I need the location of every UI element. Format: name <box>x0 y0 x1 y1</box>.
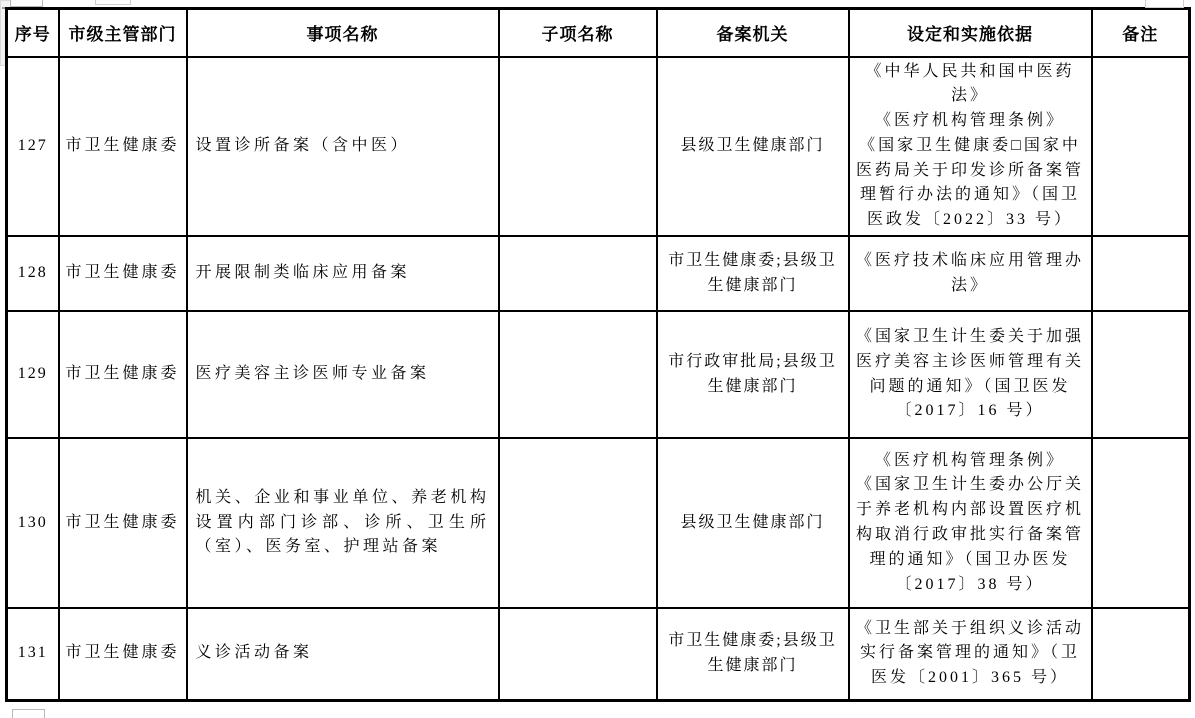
filing-items-table: 序号 市级主管部门 事项名称 子项名称 备案机关 设定和实施依据 备注 127市… <box>5 7 1191 702</box>
cell-legal-basis: 《国家卫生计生委关于加强医疗美容主诊医师管理有关问题的通知》（国卫医发〔2017… <box>849 311 1092 438</box>
cell-serial-number: 131 <box>7 608 59 700</box>
cell-item-name: 机关、企业和事业单位、养老机构设置内部门诊部、诊所、卫生所（室）、医务室、护理站… <box>187 438 499 608</box>
cell-item-name: 设置诊所备案（含中医） <box>187 57 499 237</box>
table-header-row: 序号 市级主管部门 事项名称 子项名称 备案机关 设定和实施依据 备注 <box>7 9 1190 57</box>
cell-filing-authority: 县级卫生健康部门 <box>657 57 849 237</box>
cell-remarks <box>1092 608 1190 700</box>
cell-serial-number: 127 <box>7 57 59 237</box>
ghost-cell-fragment-top-mid <box>95 0 131 5</box>
table-row: 131市卫生健康委义诊活动备案市卫生健康委;县级卫生健康部门《卫生部关于组织义诊… <box>7 608 1190 700</box>
cell-municipal-department: 市卫生健康委 <box>59 608 187 700</box>
header-legal-basis: 设定和实施依据 <box>849 9 1092 57</box>
header-filing-authority: 备案机关 <box>657 9 849 57</box>
header-subitem-name: 子项名称 <box>499 9 657 57</box>
cell-legal-basis: 《医疗技术临床应用管理办法》 <box>849 236 1092 311</box>
cell-item-name: 医疗美容主诊医师专业备案 <box>187 311 499 438</box>
cell-serial-number: 128 <box>7 236 59 311</box>
ghost-cell-fragment-top-left <box>10 0 43 7</box>
cell-remarks <box>1092 236 1190 311</box>
cell-serial-number: 130 <box>7 438 59 608</box>
cell-filing-authority: 市卫生健康委;县级卫生健康部门 <box>657 236 849 311</box>
cell-subitem-name <box>499 311 657 438</box>
cell-serial-number: 129 <box>7 311 59 438</box>
ghost-cell-fragment-top-right <box>1145 0 1184 8</box>
header-remarks: 备注 <box>1092 9 1190 57</box>
cell-item-name: 义诊活动备案 <box>187 608 499 700</box>
table-row: 130市卫生健康委机关、企业和事业单位、养老机构设置内部门诊部、诊所、卫生所（室… <box>7 438 1190 608</box>
table-row: 127市卫生健康委设置诊所备案（含中医）县级卫生健康部门《中华人民共和国中医药法… <box>7 57 1190 237</box>
cell-filing-authority: 市卫生健康委;县级卫生健康部门 <box>657 608 849 700</box>
cell-subitem-name <box>499 236 657 311</box>
cell-legal-basis: 《中华人民共和国中医药法》 《医疗机构管理条例》 《国家卫生健康委□国家中医药局… <box>849 57 1092 237</box>
cell-municipal-department: 市卫生健康委 <box>59 311 187 438</box>
cell-municipal-department: 市卫生健康委 <box>59 236 187 311</box>
filing-items-table-container: 序号 市级主管部门 事项名称 子项名称 备案机关 设定和实施依据 备注 127市… <box>5 7 1191 702</box>
cell-subitem-name <box>499 57 657 237</box>
cell-remarks <box>1092 438 1190 608</box>
cell-item-name: 开展限制类临床应用备案 <box>187 236 499 311</box>
table-body: 127市卫生健康委设置诊所备案（含中医）县级卫生健康部门《中华人民共和国中医药法… <box>7 57 1190 701</box>
table-row: 129市卫生健康委医疗美容主诊医师专业备案市行政审批局;县级卫生健康部门《国家卫… <box>7 311 1190 438</box>
cell-remarks <box>1092 311 1190 438</box>
cell-filing-authority: 市行政审批局;县级卫生健康部门 <box>657 311 849 438</box>
header-municipal-department: 市级主管部门 <box>59 9 187 57</box>
header-serial-number: 序号 <box>7 9 59 57</box>
cell-subitem-name <box>499 608 657 700</box>
cell-legal-basis: 《医疗机构管理条例》 《国家卫生计生委办公厅关于养老机构内部设置医疗机构取消行政… <box>849 438 1092 608</box>
cell-municipal-department: 市卫生健康委 <box>59 57 187 237</box>
header-item-name: 事项名称 <box>187 9 499 57</box>
cell-subitem-name <box>499 438 657 608</box>
cell-municipal-department: 市卫生健康委 <box>59 438 187 608</box>
ghost-cell-fragment-bottom-left <box>12 709 45 718</box>
cell-legal-basis: 《卫生部关于组织义诊活动实行备案管理的通知》（卫医发〔2001〕365 号） <box>849 608 1092 700</box>
table-row: 128市卫生健康委开展限制类临床应用备案市卫生健康委;县级卫生健康部门《医疗技术… <box>7 236 1190 311</box>
cell-remarks <box>1092 57 1190 237</box>
cell-filing-authority: 县级卫生健康部门 <box>657 438 849 608</box>
